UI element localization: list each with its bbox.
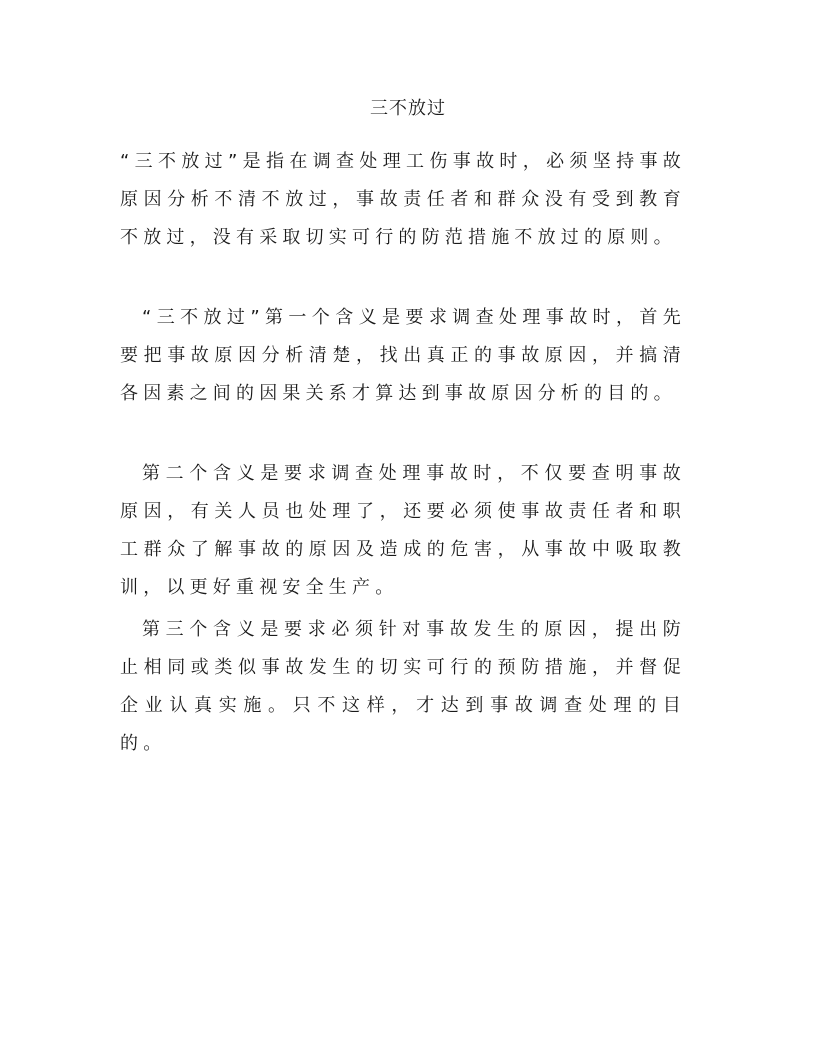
paragraph-definition: “三不放过”是指在调查处理工伤事故时，必须坚持事故原因分析不清不放过，事故责任者… [120,143,686,257]
paragraph-first-meaning: “三不放过”第一个含义是要求调查处理事故时，首先要把事故原因分析清楚，找出真正的… [120,299,686,413]
paragraph-third-meaning: 第三个含义是要求必须针对事故发生的原因，提出防止相同或类似事故发生的切实可行的预… [120,611,686,763]
paragraph-second-meaning: 第二个含义是要求调查处理事故时，不仅要查明事故原因，有关人员也处理了，还要必须使… [120,455,686,607]
document-title: 三不放过 [0,97,816,121]
document-page: 三不放过 “三不放过”是指在调查处理工伤事故时，必须坚持事故原因分析不清不放过，… [0,0,816,1056]
